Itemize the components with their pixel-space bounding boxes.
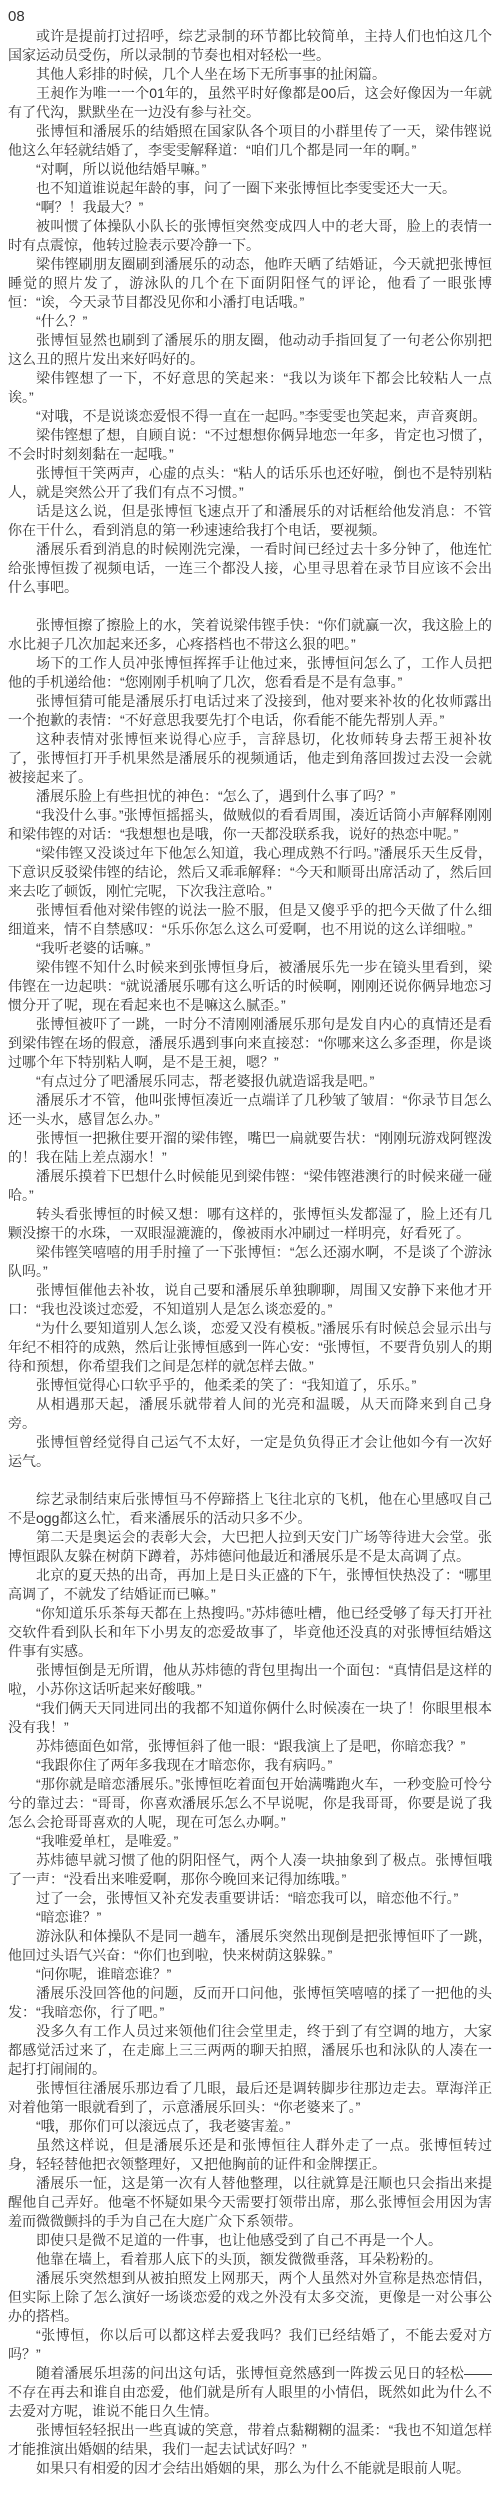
paragraph: 张博恒擦了擦脸上的水，笑着说梁伟铿手快：“你们就赢一次，我这脸上的水比昶子几次加…: [8, 616, 492, 654]
paragraph: 潘展乐脸上有些担忧的神色：“怎么了，遇到什么事了吗？”: [8, 787, 492, 806]
paragraph: 综艺录制结束后张博恒马不停蹄搭上飞往北京的飞机，他在心里感叹自己不是ogg都这么…: [8, 1490, 492, 1528]
paragraph: 张博恒干笑两声，心虚的点头：“粘人的话乐乐也还好啦，倒也不是特别粘人，就是突然公…: [8, 464, 492, 502]
paragraph: 北京的夏天热的出奇，再加上是日头正盛的下午，张博恒快热没了：“哪里高调了，不就发…: [8, 1566, 492, 1604]
paragraph: 没多久有工作人员过来领他们往会堂里走，终于到了有空调的地方，大家都感觉活过来了，…: [8, 2022, 492, 2079]
chapter-page: 08 或许是提前打过招呼，综艺录制的环节都比较简单，主持人们也怕这几个国家运动员…: [0, 0, 500, 2496]
paragraph: 张博恒被吓了一跳，一时分不清刚刚潘展乐那句是发自内心的真情还是看到梁伟铿在场的假…: [8, 1015, 492, 1072]
paragraph: 张博恒觉得心口软乎乎的，他柔柔的笑了：“我知道了，乐乐。”: [8, 1376, 492, 1395]
paragraph: “问你呢，谁暗恋谁？”: [8, 1965, 492, 1984]
paragraph: “什么？”: [8, 312, 492, 331]
paragraph: 张博恒显然也刷到了潘展乐的朋友圈，他动动手指回复了一句老公你别把这么丑的照片发出…: [8, 331, 492, 369]
paragraph: 张博恒催他去补妆，说自己要和潘展乐单独聊聊，周围又安静下来他才开口：“我也没谈过…: [8, 1281, 492, 1319]
paragraph: “对啊，所以说他结婚早嘛。”: [8, 160, 492, 179]
paragraph: “对哦，不是说谈恋爱恨不得一直在一起吗。”李雯雯也笑起来，声音爽朗。: [8, 407, 492, 426]
paragraph: 从相遇那天起，潘展乐就带着人间的光亮和温暖，从天而降来到自己身旁。: [8, 1395, 492, 1433]
paragraph: “我没什么事。”张博恒摇摇头，做贼似的看看周围，凑近话筒小声解释刚刚和梁伟铿的对…: [8, 806, 492, 844]
paragraph: 转头看张博恒的时候又想：哪有这样的，张博恒头发都湿了，脸上还有几颗没擦干的水珠，…: [8, 1205, 492, 1243]
paragraph: 其他人彩排的时候，几个人坐在场下无所事事的扯闲篇。: [8, 65, 492, 84]
paragraph: “我们俩天天同进同出的我都不知道你俩什么时候凑在一块了！你眼里根本没有我！”: [8, 1699, 492, 1737]
paragraph: 梁伟铿不知什么时候来到张博恒身后，被潘展乐先一步在镜头里看到，梁伟铿在一边起哄：…: [8, 958, 492, 1015]
chapter-body: 或许是提前打过招呼，综艺录制的环节都比较简单，主持人们也怕这几个国家运动员受伤，…: [8, 27, 492, 2478]
paragraph: 苏炜德早就习惯了他的阴阳怪气，两个人凑一块抽象到了极点。张博恒哦了一声：“没看出…: [8, 1851, 492, 1889]
paragraph: 他靠在墙上，看着那人底下的头顶，额发微微垂落，耳朵粉粉的。: [8, 2250, 492, 2269]
paragraph: 也不知道谁说起年龄的事，问了一圈下来张博恒比李雯雯还大一天。: [8, 179, 492, 198]
paragraph: 梁伟铿笑嘻嘻的用手肘撞了一下张博恒：“怎么还溺水啊，不是谈了个游泳队吗。”: [8, 1243, 492, 1281]
paragraph: 或许是提前打过招呼，综艺录制的环节都比较简单，主持人们也怕这几个国家运动员受伤，…: [8, 27, 492, 65]
paragraph: “我跟你住了两年多我现在才暗恋你，我有病吗。”: [8, 1756, 492, 1775]
chapter-number: 08: [8, 6, 492, 27]
paragraph: 第二天是奥运会的表彰大会，大巴把人拉到天安门广场等待进大会堂。张博恒跟队友躲在树…: [8, 1528, 492, 1566]
paragraph: 话是这么说，但是张博恒飞速点开了和潘展乐的对话框给他发消息：不管你在干什么，看到…: [8, 502, 492, 540]
paragraph: 被叫惯了体操队小队长的张博恒突然变成四人中的老大哥，脸上的表情一时有点震惊，他转…: [8, 217, 492, 255]
paragraph: 张博恒猜可能是潘展乐打电话过来了没接到，他对要来补妆的化妆师露出一个抱歉的表情：…: [8, 692, 492, 730]
paragraph: 即使只是微不足道的一件事，也让他感受到了自己不再是一个人。: [8, 2231, 492, 2250]
paragraph: 张博恒一把揪住要开溜的梁伟铿，嘴巴一扁就要告状：“刚刚玩游戏阿铿泼的！我在陆上差…: [8, 1129, 492, 1167]
paragraph: 梁伟铿刷朋友圈刷到潘展乐的动态，他昨天晒了结婚证，今天就把张博恒睡觉的照片发了，…: [8, 255, 492, 312]
paragraph: 潘展乐看到消息的时候刚洗完澡，一看时间已经过去十多分钟了，他连忙给张博恒拨了视频…: [8, 540, 492, 597]
paragraph: “那你就是暗恋潘展乐。”张博恒吃着面包开始满嘴跑火车，一秒变脸可怜兮兮的靠过去：…: [8, 1775, 492, 1832]
paragraph: 潘展乐摸着下巴想什么时候能见到梁伟铿：“梁伟铿港澳行的时候来碰一碰哈。”: [8, 1167, 492, 1205]
paragraph: 张博恒往潘展乐那边看了几眼，最后还是调转脚步往那边走去。覃海洋正对着他第一眼就看…: [8, 2079, 492, 2117]
paragraph: “啊？！我最大？”: [8, 198, 492, 217]
paragraph: 这种表情对张博恒来说得心应手，言辞恳切，化妆师转身去帮王昶补妆了，张博恒打开手机…: [8, 730, 492, 787]
paragraph-break: [8, 597, 492, 616]
paragraph-break: [8, 1471, 492, 1490]
paragraph: “梁伟铿又没谈过年下他怎么知道，我心理成熟不行吗。”潘展乐天生反骨，下意识反驳梁…: [8, 844, 492, 901]
paragraph: “张博恒，你以后可以都这样去爱我吗？我们已经结婚了，不能去爱对方吗？”: [8, 2326, 492, 2364]
paragraph: 王昶作为唯一一个01年的，虽然平时好像都是00后，这会好像因为一年就有了代沟，默…: [8, 84, 492, 122]
paragraph: 张博恒轻轻抿出一些真诚的笑意，带着点黏糊糊的温柔：“我也不知道怎样才能推演出婚姻…: [8, 2421, 492, 2459]
paragraph: 梁伟铿想了想，自顾自说：“不过想想你俩异地恋一年多，肯定也习惯了，不会时时刻刻黏…: [8, 426, 492, 464]
paragraph: “你知道乐乐茶每天都在上热搜吗。”苏炜德吐槽，他已经受够了每天打开社交软件看到队…: [8, 1604, 492, 1661]
paragraph: 潘展乐一怔，这是第一次有人替他整理，以往就算是汪顺也只会指出来提醒他自己弄好。他…: [8, 2174, 492, 2231]
paragraph: “有点过分了吧潘展乐同志，帮老婆报仇就造谣我是吧。”: [8, 1072, 492, 1091]
paragraph: 梁伟铿想了一下，不好意思的笑起来：“我以为谈年下都会比较粘人一点诶。”: [8, 369, 492, 407]
paragraph: 随着潘展乐坦荡的问出这句话，张博恒竟然感到一阵拨云见日的轻松——不存在再去和谁自…: [8, 2364, 492, 2421]
paragraph: 张博恒看他对梁伟铿的说法一脸不服，但是又傻乎乎的把今天做了什么细细道来，情不自禁…: [8, 901, 492, 939]
paragraph: “我听老婆的话嘛。”: [8, 939, 492, 958]
paragraph: “暗恋谁？”: [8, 1908, 492, 1927]
paragraph: 潘展乐突然想到从被拍照发上网那天，两个人虽然对外宣称是热恋情侣，但实际上除了怎么…: [8, 2269, 492, 2326]
paragraph: 潘展乐才不管，他叫张博恒凑近一点端详了几秒皱了皱眉：“你录节目怎么还一头水，感冒…: [8, 1091, 492, 1129]
paragraph: 张博恒曾经觉得自己运气不太好，一定是负负得正才会让他如今有一次好运气。: [8, 1433, 492, 1471]
paragraph: 过了一会，张博恒又补充发表重要讲话：“暗恋我可以，暗恋他不行。”: [8, 1889, 492, 1908]
paragraph: 潘展乐没回答他的问题，反而开口问他，张博恒笑嘻嘻的揉了一把他的头发：“我暗恋你，…: [8, 1984, 492, 2022]
paragraph: 如果只有相爱的因才会结出婚姻的果，那么为什么不能就是眼前人呢。: [8, 2459, 492, 2478]
paragraph: “我唯爱单杠，是唯爱。”: [8, 1832, 492, 1851]
paragraph: 虽然这样说，但是潘展乐还是和张博恒往人群外走了一点。张博恒转过身，轻轻替他把衣领…: [8, 2136, 492, 2174]
paragraph: 场下的工作人员冲张博恒挥挥手让他过来，张博恒问怎么了，工作人员把他的手机递给他：…: [8, 654, 492, 692]
paragraph: “为什么要知道别人怎么谈，恋爱又没有模板。”潘展乐有时候总会显示出与年纪不相符的…: [8, 1319, 492, 1376]
paragraph: 张博恒倒是无所谓，他从苏炜德的背包里掏出一个面包：“真情侣是这样的啦，小苏你这话…: [8, 1661, 492, 1699]
paragraph: 苏炜德面色如常，张博恒斜了他一眼：“跟我演上了是吧，你暗恋我？”: [8, 1737, 492, 1756]
paragraph: 游泳队和体操队不是同一趟车，潘展乐突然出现倒是把张博恒吓了一跳，他回过头语气兴奋…: [8, 1927, 492, 1965]
paragraph: “哦，那你们可以滚远点了，我老婆害羞。”: [8, 2117, 492, 2136]
paragraph: 张博恒和潘展乐的结婚照在国家队各个项目的小群里传了一天，梁伟铿说他这么年轻就结婚…: [8, 122, 492, 160]
